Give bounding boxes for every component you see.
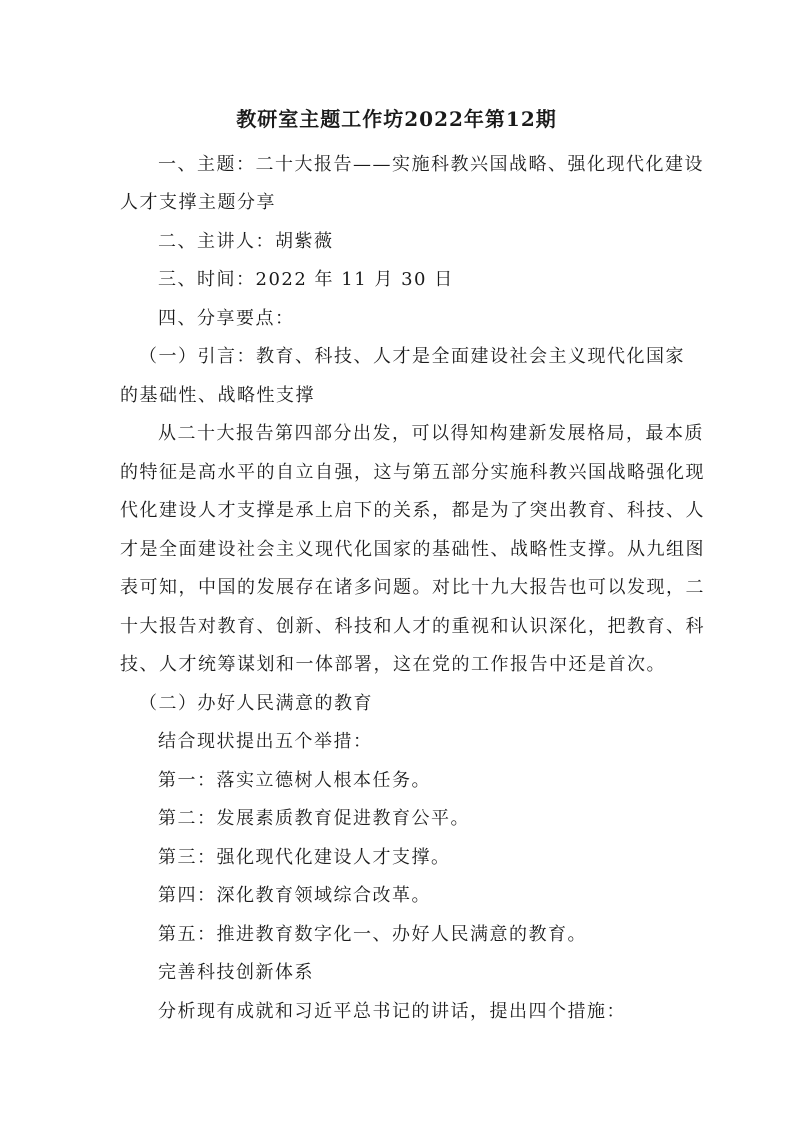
paragraph-line: 四、分享要点：: [158, 307, 718, 331]
paragraph-line: 人才支撑主题分享: [120, 191, 680, 215]
paragraph-line: 技、人才统筹谋划和一体部署，这在党的工作报告中还是首次。: [120, 653, 680, 677]
paragraph-line: 一、主题：二十大报告——实施科教兴国战略、强化现代化建设: [158, 153, 718, 177]
paragraph-line: 从二十大报告第四部分出发，可以得知构建新发展格局，最本质: [158, 422, 718, 446]
paragraph-line: 二、主讲人：胡紫薇: [158, 230, 718, 254]
paragraph-line: 第五：推进教育数字化一、办好人民满意的教育。: [158, 923, 718, 947]
paragraph-line: 才是全面建设社会主义现代化国家的基础性、战略性支撑。从九组图: [120, 538, 680, 562]
paragraph-line: 代化建设人才支撑是承上启下的关系，都是为了突出教育、科技、人: [120, 499, 680, 523]
paragraph-line: 第二：发展素质教育促进教育公平。: [158, 807, 718, 831]
paragraph-line: 完善科技创新体系: [158, 961, 718, 985]
paragraph-line: 三、时间：2022 年 11 月 30 日: [158, 268, 718, 292]
paragraph-line: 的特征是高水平的自立自强，这与第五部分实施科教兴国战略强化现: [120, 461, 680, 485]
paragraph-line: 表可知，中国的发展存在诸多问题。对比十九大报告也可以发现，二: [120, 576, 680, 600]
paragraph-line: （一）引言：教育、科技、人才是全面建设社会主义现代化国家: [139, 345, 699, 369]
paragraph-line: 十大报告对教育、创新、科技和人才的重视和认识深化，把教育、科: [120, 615, 680, 639]
document-title: 教研室主题工作坊2022年第12期: [0, 103, 793, 132]
paragraph-line: 第一：落实立德树人根本任务。: [158, 769, 718, 793]
paragraph-line: 第四：深化教育领域综合改革。: [158, 884, 718, 908]
paragraph-line: （二）办好人民满意的教育: [139, 692, 699, 716]
paragraph-line: 结合现状提出五个举措：: [158, 730, 718, 754]
paragraph-line: 第三：强化现代化建设人才支撑。: [158, 846, 718, 870]
paragraph-line: 的基础性、战略性支撑: [120, 384, 680, 408]
paragraph-line: 分析现有成就和习近平总书记的讲话，提出四个措施：: [158, 1000, 718, 1024]
